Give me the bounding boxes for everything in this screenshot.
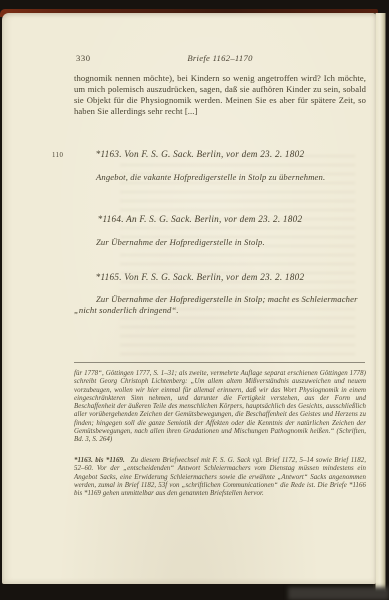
page-number: 330 xyxy=(76,53,91,63)
running-header: Briefe 1162–1170 xyxy=(74,53,366,63)
page-header: 330 Briefe 1162–1170 xyxy=(74,53,366,66)
entry-heading-1163: *1163. Von F. S. G. Sack. Berlin, vor de… xyxy=(74,149,326,159)
footnote-rule xyxy=(74,362,365,363)
footnote-continuation: für 1778“, Göttingen 1777, S. 1–31; als … xyxy=(74,370,366,445)
book-page: 330 Briefe 1162–1170 thognomik nennen mö… xyxy=(2,13,376,584)
body-text: thognomik nennen möchte), bei Kindern so… xyxy=(74,73,366,117)
scan-artifact xyxy=(288,587,389,600)
line-number: 110 xyxy=(52,152,63,159)
bleedthrough-texture xyxy=(120,155,355,360)
entry-summary-1164: Zur Übernahme der Hofpredigerstelle in S… xyxy=(74,237,366,248)
footnote-note: *1163. bis *1169.Zu diesem Briefwechsel … xyxy=(74,457,366,498)
entry-heading-1164: *1164. An F. S. G. Sack. Berlin, vor dem… xyxy=(74,214,326,224)
entry-summary-1163: Angebot, die vakante Hofpredigerstelle i… xyxy=(74,172,366,183)
entry-heading-1165: *1165. Von F. S. G. Sack. Berlin, vor de… xyxy=(74,272,326,282)
entry-summary-1165: Zur Übernahme der Hofpredigerstelle in S… xyxy=(74,294,366,315)
footnote-note-lead: *1163. bis *1169. xyxy=(74,457,131,464)
